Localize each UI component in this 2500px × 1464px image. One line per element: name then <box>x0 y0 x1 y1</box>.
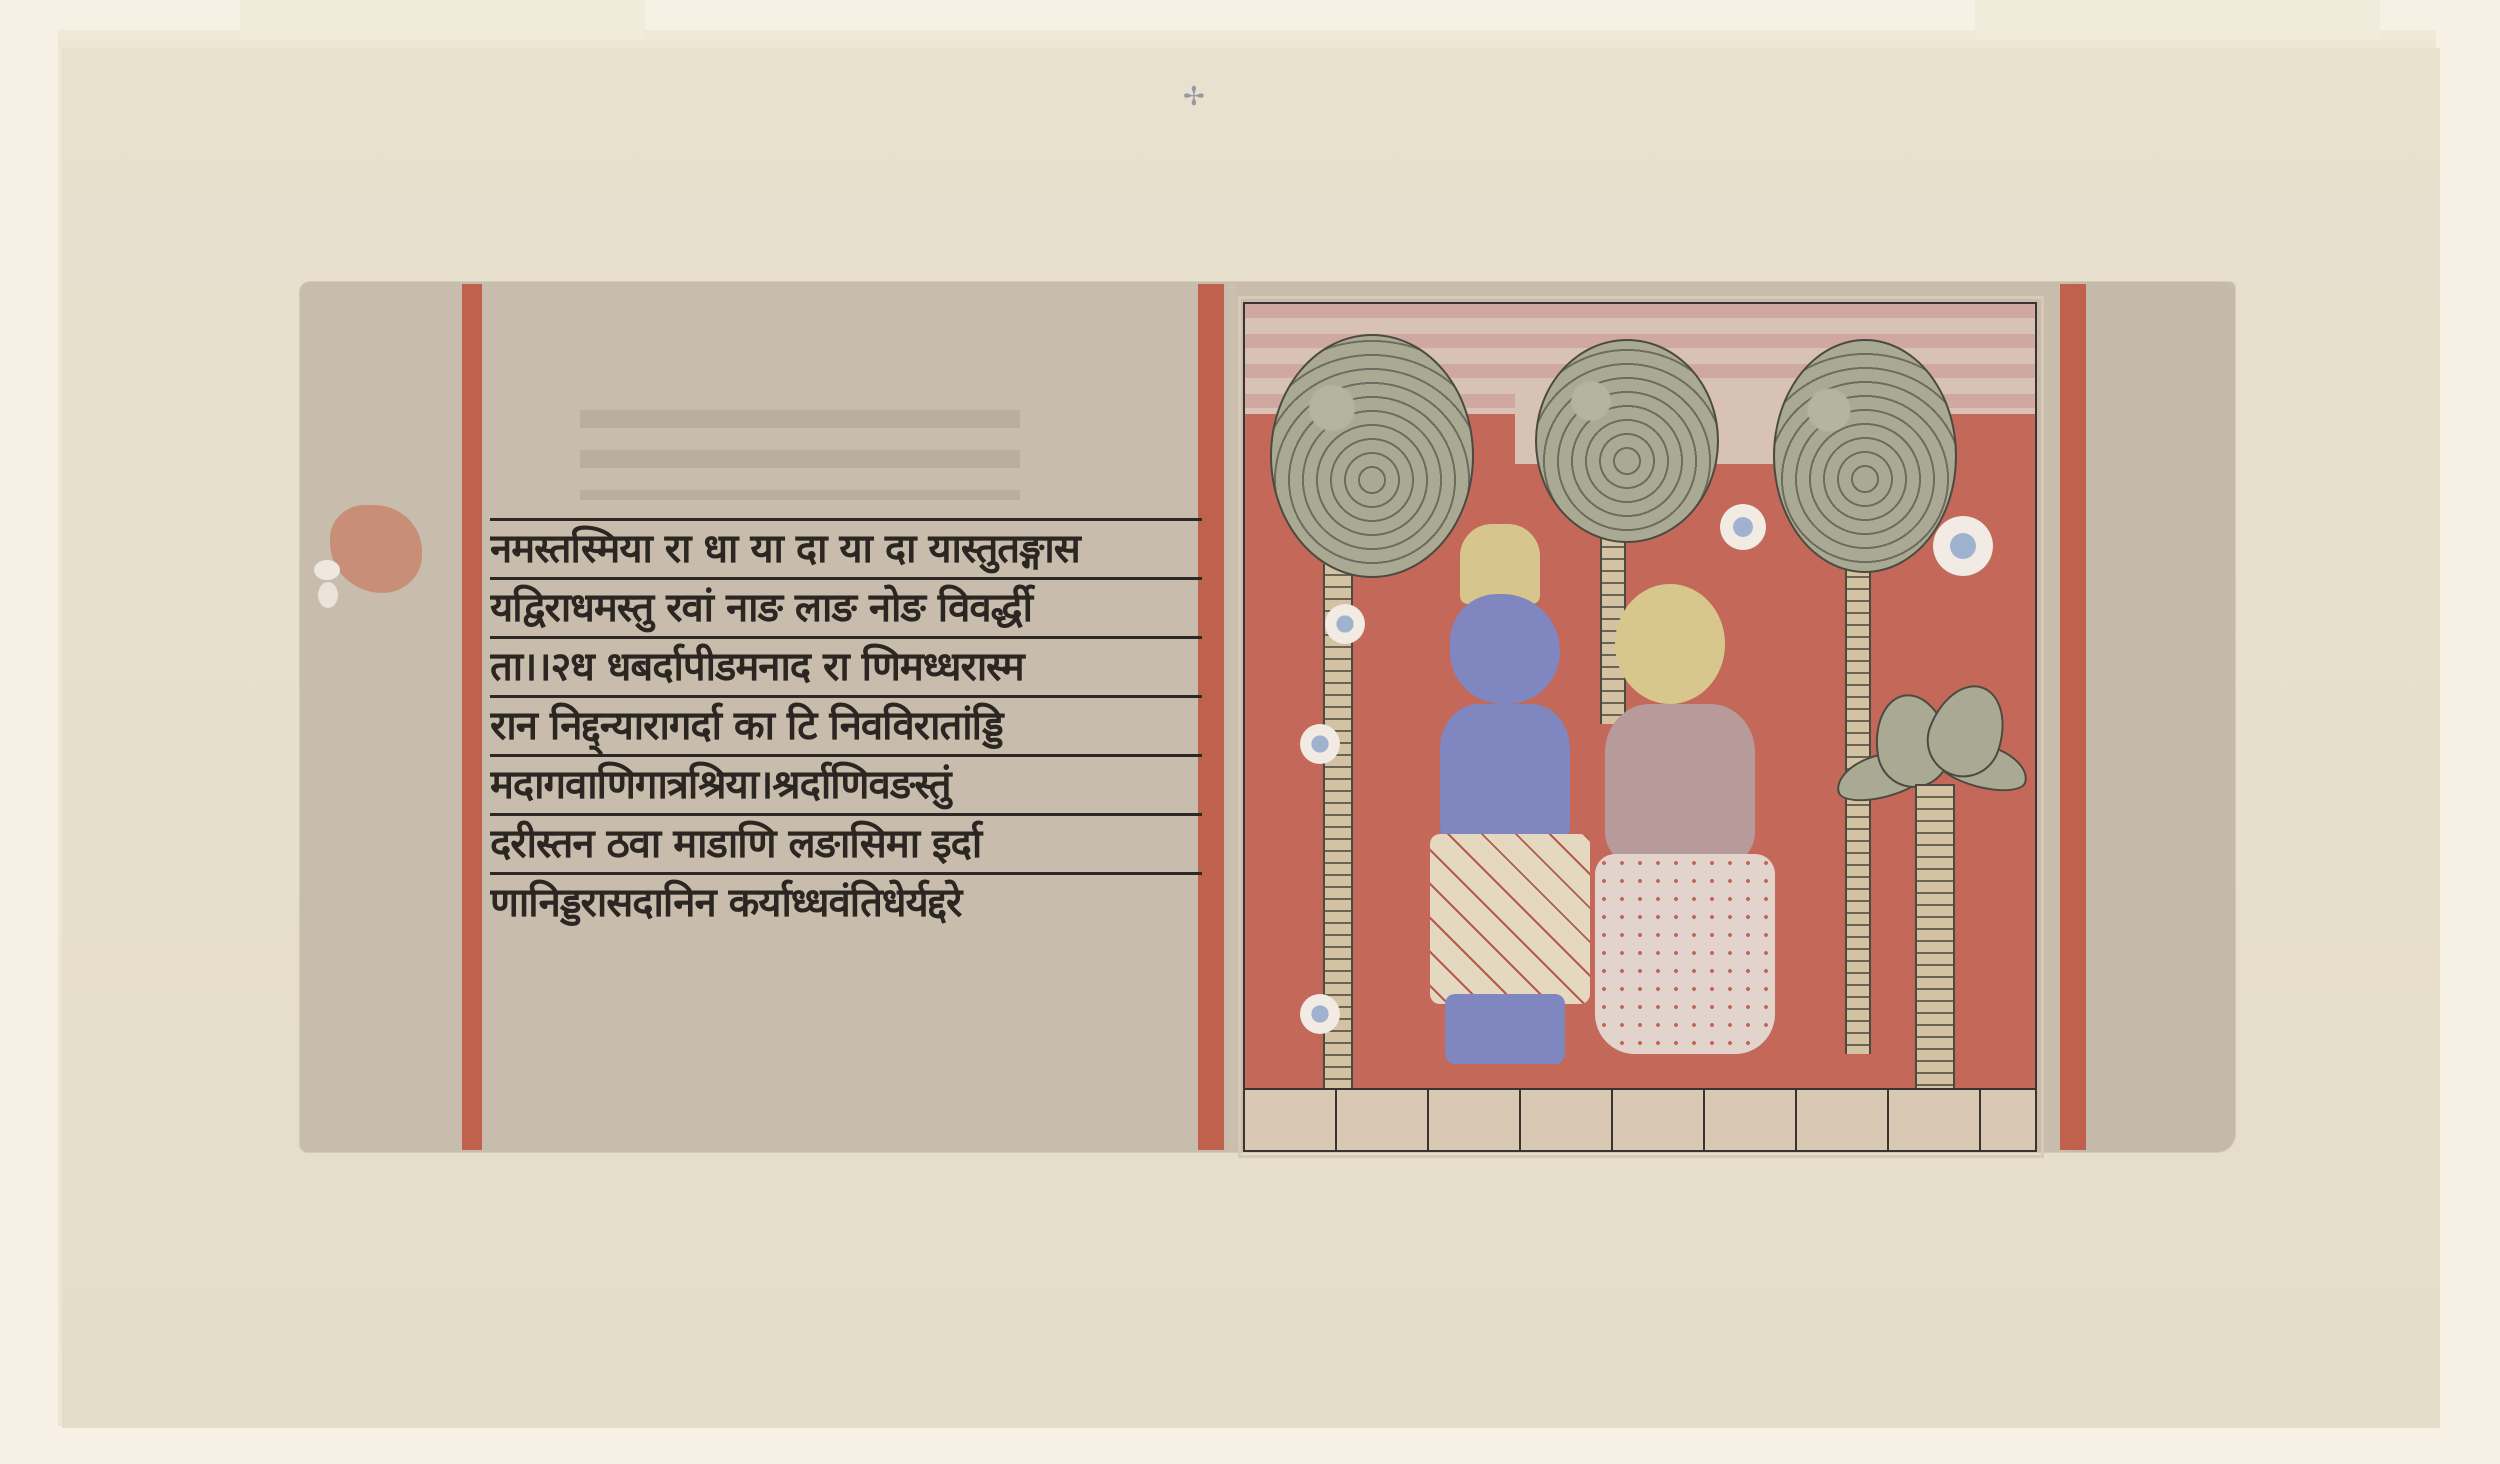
banana-trunk <box>1915 784 1955 1108</box>
text-line: णानिड्डरासदानिन कर्याध्धवंतिधेर्यद्दरे <box>490 872 1202 931</box>
red-margin-rule-right <box>2060 284 2086 1150</box>
pin-mark-icon: ✢ <box>1183 82 1205 112</box>
text-line: नमस्तस्मिया रा धा या दा या दा यास्तुतङ्ग… <box>490 518 1202 577</box>
krishna-figure <box>1420 504 1590 1064</box>
flower-icon <box>1300 994 1340 1034</box>
radha-figure <box>1595 514 1775 1064</box>
banana-tree <box>1835 634 2025 1094</box>
flower-icon <box>1300 724 1340 764</box>
folio-right-margin <box>2070 282 2235 1152</box>
paper-loss <box>314 560 340 580</box>
rule-gap <box>1228 284 1236 1150</box>
skirt <box>1595 854 1775 1054</box>
text-line: मदागवाणिगात्रश्रिया।श्रर्दाणिवङस्तुं <box>490 754 1202 813</box>
flower-icon <box>1933 516 1993 576</box>
head <box>1450 594 1560 704</box>
flower-icon <box>1325 604 1365 644</box>
show-through-text <box>580 410 1020 500</box>
tree-crown <box>1773 339 1957 573</box>
painting-panel <box>1243 302 2037 1152</box>
text-line: यद्विराधमस्तु रवां नाङ लाङ नोङ विवर्द्धी <box>490 577 1202 636</box>
torso <box>1605 704 1755 864</box>
text-line: ता।।२ध धबर्दापीडमनाद रा णिमध्धरास्म <box>490 636 1202 695</box>
dhoti <box>1430 834 1590 1004</box>
crown <box>1460 524 1540 604</box>
legs <box>1445 994 1565 1064</box>
tiled-floor <box>1245 1088 2035 1150</box>
paper-loss <box>318 582 338 608</box>
head <box>1615 584 1725 704</box>
manuscript-text: नमस्तस्मिया रा धा या दा या दा यास्तुतङ्ग… <box>490 518 1202 931</box>
tree-trunk <box>1323 564 1353 1124</box>
text-line: दरीस्तन ठवा माडाणि लङासिमा इर्दा <box>490 813 1202 872</box>
red-margin-rule-left <box>462 284 482 1150</box>
torso <box>1440 704 1570 854</box>
text-line: रान निद्द्न्यारागर्दा का टि निवविरातांड्… <box>490 695 1202 754</box>
